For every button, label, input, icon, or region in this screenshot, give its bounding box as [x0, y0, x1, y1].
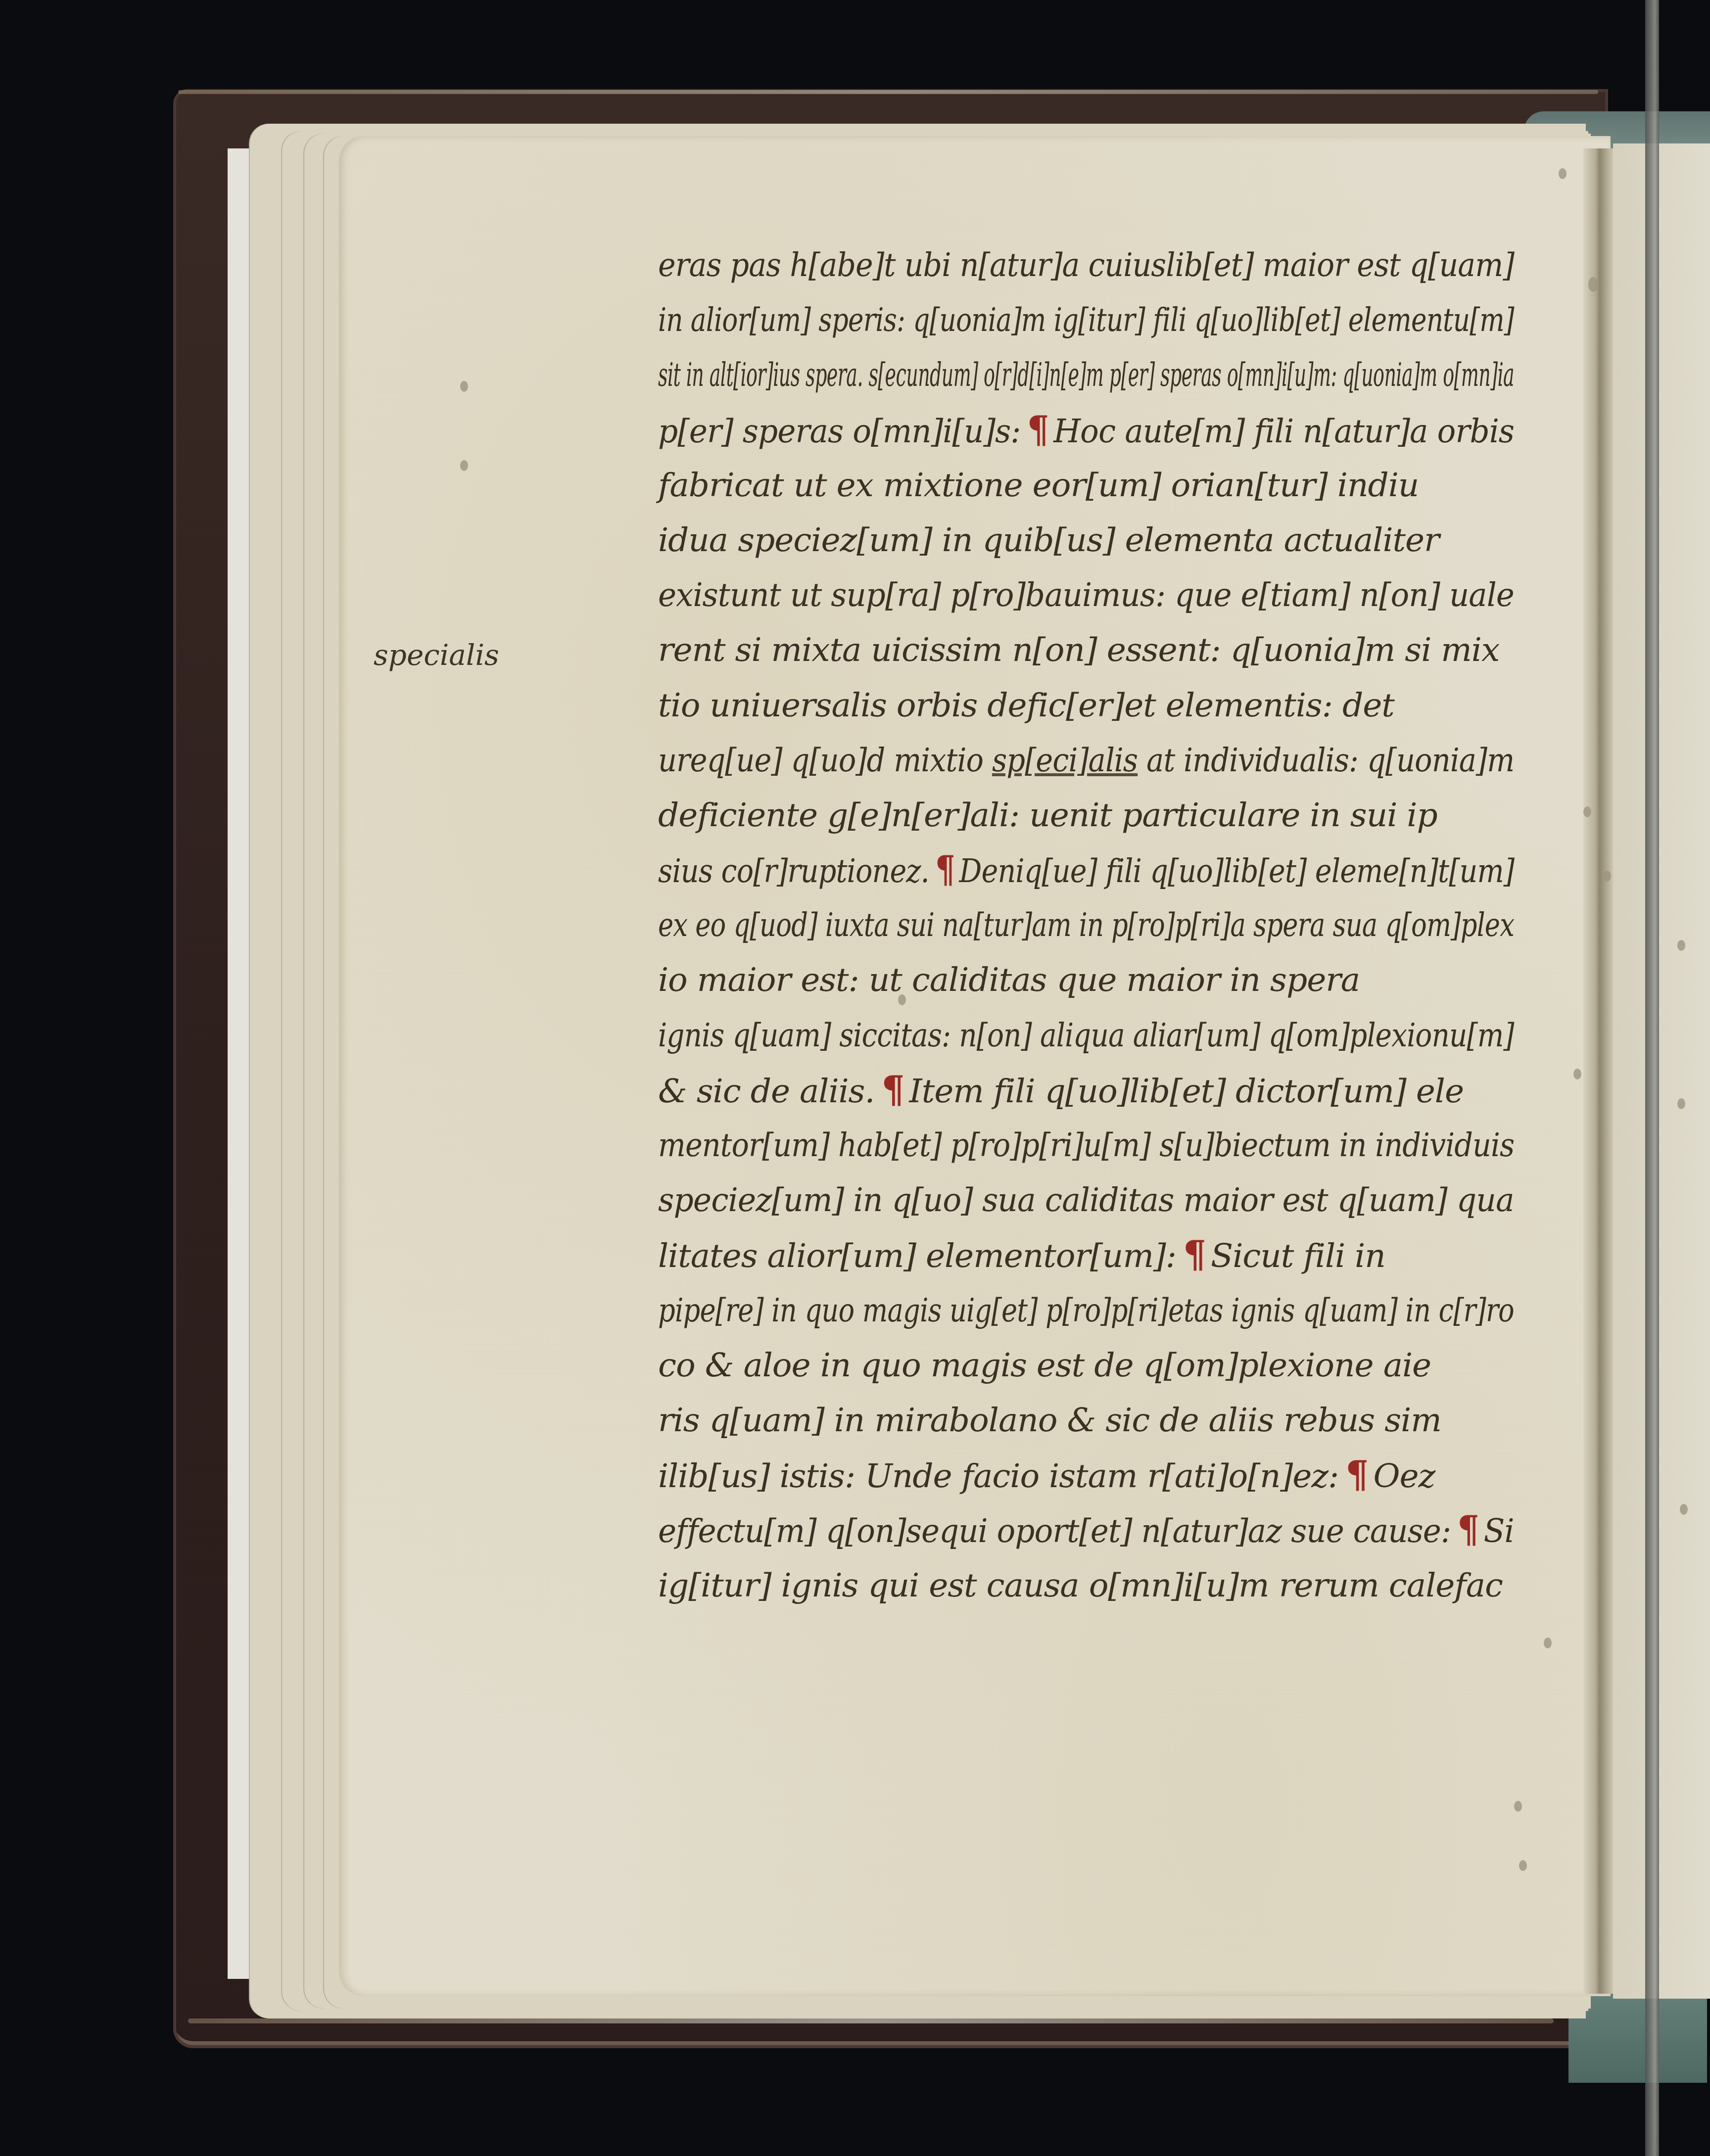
text-line: sit in alt[ior]ius spera. s[ecundum] o[r…	[658, 347, 1151, 402]
text-line: ig[itur] ignis qui est causa o[mn]i[u]m …	[658, 1558, 1514, 1613]
text-line: ilib[us] istis: Unde facio istam r[ati]o…	[658, 1448, 1514, 1502]
line-text: effectu[m] q[on]sequi oport[et] n[atur]a…	[658, 1512, 1451, 1550]
text-line: tio uniuersalis orbis defic[er]et elemen…	[658, 678, 1514, 733]
line-text: p[er] speras o[mn]i[u]s:	[658, 412, 1021, 450]
line-text: Oez	[1373, 1457, 1435, 1495]
line-text: & sic de aliis.	[658, 1072, 874, 1110]
line-text: sit in alt[ior]ius spera. s[ecundum] o[r…	[658, 356, 1514, 394]
line-text: ig[itur] ignis qui est causa o[mn]i[u]m …	[658, 1566, 1503, 1604]
worm-hole	[1514, 1801, 1522, 1812]
text-line: fabricat ut ex mixtione eor[um] orian[tu…	[658, 458, 1514, 513]
pilcrow-icon: ¶	[881, 1069, 904, 1111]
line-text: pipe[re] in quo magis uig[et] p[ro]p[ri]…	[658, 1291, 1514, 1329]
text-line: speciez[um] in q[uo] sua caliditas maior…	[658, 1172, 1476, 1227]
line-text: Item fili q[uo]lib[et] dictor[um] ele	[909, 1072, 1464, 1110]
text-line: ex eo q[uod] iuxta sui na[tur]am in p[ro…	[658, 897, 1341, 952]
worm-hole	[1588, 277, 1598, 292]
line-text: idua speciez[um] in quib[us] elementa ac…	[658, 521, 1439, 559]
worm-hole	[1677, 940, 1685, 951]
pilcrow-icon: ¶	[935, 848, 955, 891]
line-text: fabricat ut ex mixtione eor[um] orian[tu…	[658, 466, 1419, 504]
line-text: ureq[ue] q[uo]d mixtio	[658, 741, 992, 779]
pilcrow-icon: ¶	[1457, 1508, 1479, 1551]
worm-hole	[1680, 1504, 1688, 1515]
underlined-word: sp[eci]alis	[992, 741, 1138, 779]
text-block: eras pas h[abe]t ubi n[atur]a cuiuslib[e…	[658, 237, 1514, 1613]
worm-hole	[1519, 1860, 1527, 1871]
line-text: mentor[um] hab[et] p[ro]p[ri]u[m] s[u]bi…	[658, 1126, 1514, 1164]
worm-hole	[1583, 806, 1591, 817]
line-text: Sicut fili in	[1211, 1237, 1385, 1275]
line-text: io maior est: ut caliditas que maior in …	[658, 961, 1360, 999]
text-line: idua speciez[um] in quib[us] elementa ac…	[658, 513, 1514, 567]
facing-page-edge	[1613, 143, 1710, 1999]
line-text: speciez[um] in q[uo] sua caliditas maior…	[658, 1181, 1514, 1219]
line-text: deficiente g[e]n[er]ali: uenit particula…	[658, 796, 1437, 834]
cover-bottom-edge	[188, 2018, 1554, 2023]
line-text: Deniq[ue] fili q[uo]lib[et] eleme[n]t[um…	[959, 852, 1515, 890]
text-line: sius co[r]ruptionez.¶Deniq[ue] fili q[uo…	[658, 843, 1399, 897]
pilcrow-icon: ¶	[1345, 1453, 1368, 1496]
cover-edge-highlight	[178, 90, 1598, 94]
line-text: sius co[r]ruptionez.	[658, 852, 929, 890]
text-line: co & aloe in quo magis est de q[om]plexi…	[658, 1338, 1514, 1393]
line-text: in alior[um] speris: q[uonia]m ig[itur] …	[658, 301, 1514, 339]
line-text: ilib[us] istis: Unde facio istam r[ati]o…	[658, 1457, 1338, 1495]
line-text: ris q[uam] in mirabolano & sic de aliis …	[658, 1401, 1441, 1439]
text-line: ris q[uam] in mirabolano & sic de aliis …	[658, 1393, 1514, 1448]
text-line: eras pas h[abe]t ubi n[atur]a cuiuslib[e…	[658, 237, 1438, 292]
line-text: tio uniuersalis orbis defic[er]et elemen…	[658, 686, 1394, 724]
line-text: rent si mixta uicissim n[on] essent: q[u…	[658, 631, 1499, 669]
text-line: deficiente g[e]n[er]ali: uenit particula…	[658, 788, 1514, 843]
worm-hole	[460, 381, 468, 392]
worm-hole	[1573, 1069, 1581, 1079]
line-text: Hoc aute[m] fili n[atur]a orbis	[1053, 412, 1514, 450]
text-line: ureq[ue] q[uo]d mixtio sp[eci]alis at in…	[658, 733, 1424, 788]
text-line: pipe[re] in quo magis uig[et] p[ro]p[ri]…	[658, 1283, 1362, 1338]
text-line: rent si mixta uicissim n[on] essent: q[u…	[658, 622, 1514, 677]
worm-hole	[460, 460, 468, 471]
glass-plate-edge	[1645, 0, 1659, 2156]
worm-hole	[1603, 871, 1611, 882]
text-line: mentor[um] hab[et] p[ro]p[ri]u[m] s[u]bi…	[658, 1118, 1421, 1172]
line-text: eras pas h[abe]t ubi n[atur]a cuiuslib[e…	[658, 246, 1514, 284]
worm-hole	[1544, 1638, 1552, 1648]
worm-hole	[1677, 1098, 1685, 1109]
text-line: p[er] speras o[mn]i[u]s:¶Hoc aute[m] fil…	[658, 403, 1472, 458]
line-text: Si	[1484, 1512, 1514, 1550]
text-line: ignis q[uam] siccitas: n[on] aliqua alia…	[658, 1008, 1390, 1063]
worm-hole	[1559, 168, 1567, 179]
pilcrow-icon: ¶	[1027, 409, 1049, 451]
line-text: ex eo q[uod] iuxta sui na[tur]am in p[ro…	[658, 906, 1514, 944]
pilcrow-icon: ¶	[1183, 1233, 1206, 1276]
text-line: litates alior[um] elementor[um]:¶Sicut f…	[658, 1227, 1514, 1282]
line-text: ignis q[uam] siccitas: n[on] aliqua alia…	[658, 1016, 1514, 1054]
line-text: litates alior[um] elementor[um]:	[658, 1237, 1176, 1275]
gutter	[1583, 148, 1613, 1994]
text-line: in alior[um] speris: q[uonia]m ig[itur] …	[658, 292, 1348, 347]
text-line: effectu[m] q[on]sequi oport[et] n[atur]a…	[658, 1502, 1470, 1557]
line-text: existunt ut sup[ra] p[ro]bauimus: que e[…	[658, 576, 1514, 614]
text-line: & sic de aliis.¶Item fili q[uo]lib[et] d…	[658, 1063, 1514, 1118]
margin-note: specialis	[374, 638, 499, 672]
text-line: existunt ut sup[ra] p[ro]bauimus: que e[…	[658, 567, 1470, 622]
line-text: at individualis: q[uonia]m	[1138, 741, 1514, 779]
line-text: co & aloe in quo magis est de q[om]plexi…	[658, 1346, 1431, 1384]
text-line: io maior est: ut caliditas que maior in …	[658, 952, 1514, 1007]
